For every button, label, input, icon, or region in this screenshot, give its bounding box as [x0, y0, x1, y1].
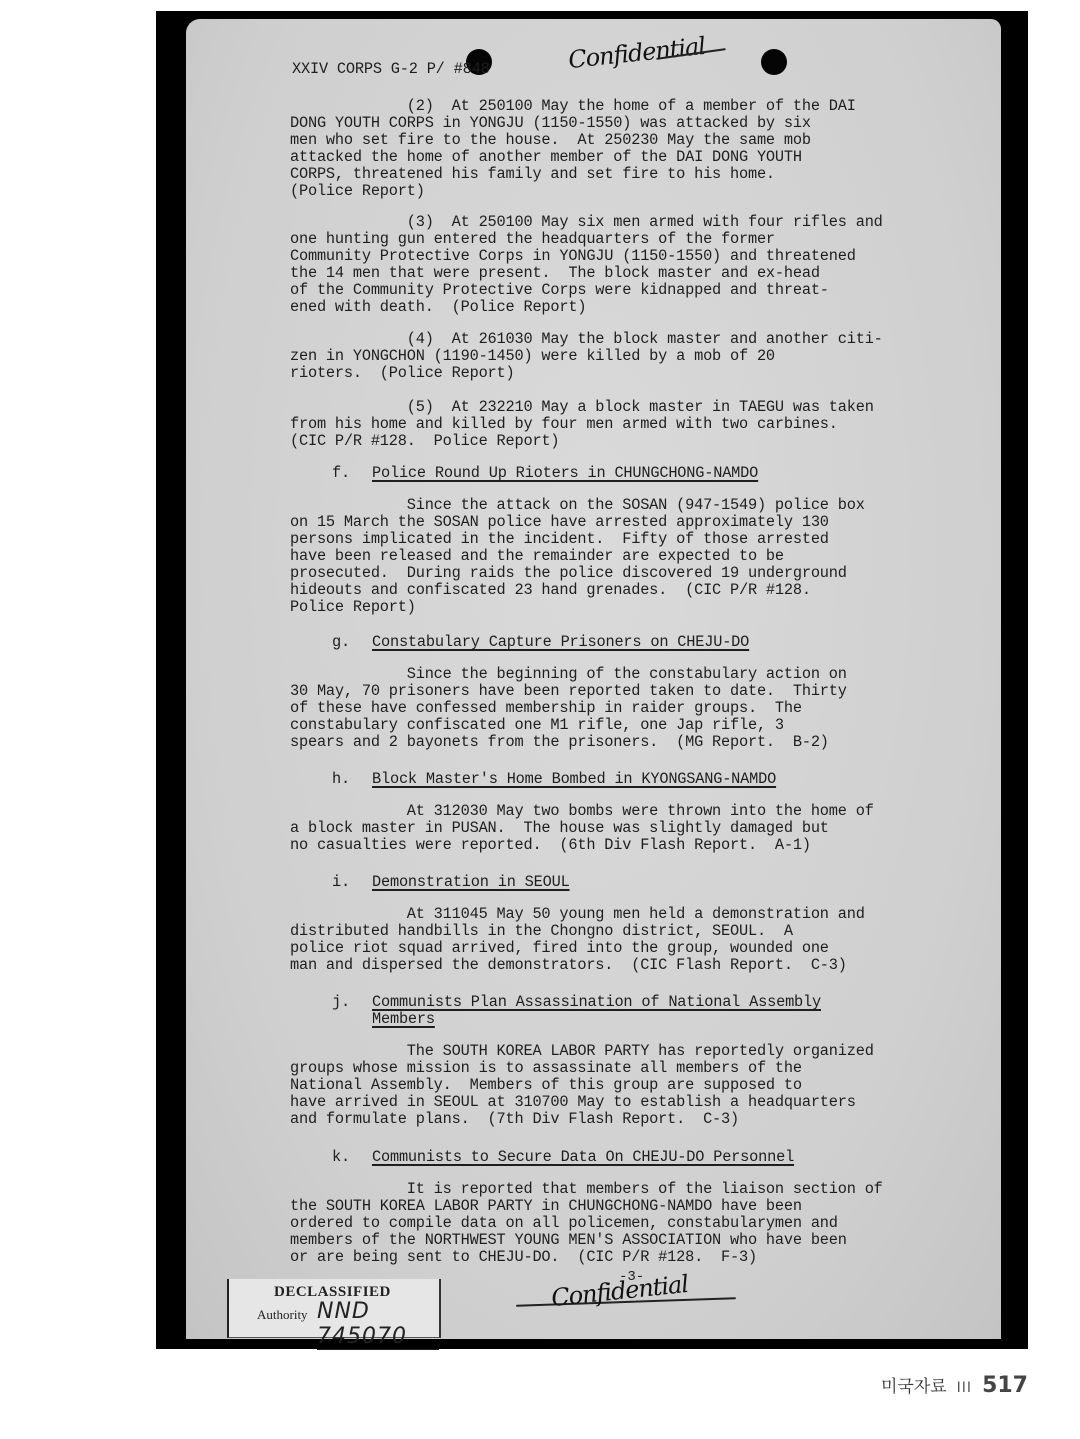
section-j: j.Communists Plan Assassination of Natio… [290, 994, 874, 1128]
footer-separator: III [957, 1380, 972, 1396]
item-5: (5) At 232210 May a block master in TAEG… [290, 399, 874, 450]
section-heading: j.Communists Plan Assassination of Natio… [332, 994, 874, 1011]
paragraph-line: police riot squad arrived, fired into th… [290, 940, 865, 957]
paragraph-line: 30 May, 70 prisoners have been reported … [290, 683, 847, 700]
punch-hole [761, 49, 787, 75]
section-title: Police Round Up Rioters in CHUNGCHONG-NA… [372, 464, 758, 482]
paragraph-line: National Assembly. Members of this group… [290, 1077, 874, 1094]
paragraph-line: constabulary confiscated one M1 rifle, o… [290, 717, 847, 734]
paragraph-line: Community Protective Corps in YONGJU (11… [290, 248, 883, 265]
paragraph-line: of the Community Protective Corps were k… [290, 282, 883, 299]
paragraph-line: distributed handbills in the Chongno dis… [290, 923, 865, 940]
item-3: (3) At 250100 May six men armed with fou… [290, 214, 883, 316]
paragraph-line: members of the NORTHWEST YOUNG MEN'S ASS… [290, 1232, 883, 1249]
section-title: Constabulary Capture Prisoners on CHEJU-… [372, 633, 749, 651]
paragraph-line: Police Report) [290, 599, 865, 616]
paragraph-line: no casualties were reported. (6th Div Fl… [290, 837, 874, 854]
section-letter: j. [332, 994, 372, 1011]
paragraph-line: (2) At 250100 May the home of a member o… [290, 98, 856, 115]
paragraph-line: attacked the home of another member of t… [290, 149, 856, 166]
paragraph-line: have been released and the remainder are… [290, 548, 865, 565]
paragraph-line: (3) At 250100 May six men armed with fou… [290, 214, 883, 231]
section-heading: i.Demonstration in SEOUL [332, 874, 865, 891]
paragraph-line: hideouts and confiscated 23 hand grenade… [290, 582, 865, 599]
section-heading: g.Constabulary Capture Prisoners on CHEJ… [332, 634, 847, 651]
paragraph-line: spears and 2 bayonets from the prisoners… [290, 734, 847, 751]
section-f: f.Police Round Up Rioters in CHUNGCHONG-… [290, 465, 865, 616]
item-4: (4) At 261030 May the block master and a… [290, 331, 883, 382]
document-paper: Confidential XXIV CORPS G-2 P/ #848 (2) … [186, 19, 1001, 1339]
footer-label: 미국자료 [881, 1372, 947, 1397]
paragraph-line: It is reported that members of the liais… [290, 1181, 883, 1198]
paragraph-line: one hunting gun entered the headquarters… [290, 231, 883, 248]
paragraph-line: Since the beginning of the constabulary … [290, 666, 847, 683]
section-letter: f. [332, 465, 372, 482]
declassified-stamp: DECLASSIFIED Authority NND 745070 [227, 1279, 441, 1338]
paragraph-line: rioters. (Police Report) [290, 365, 883, 382]
paragraph-line: Since the attack on the SOSAN (947-1549)… [290, 497, 865, 514]
section-title: Communists Plan Assassination of Nationa… [372, 993, 821, 1011]
section-heading: k.Communists to Secure Data On CHEJU-DO … [332, 1149, 883, 1166]
paragraph-line: ordered to compile data on all policemen… [290, 1215, 883, 1232]
paragraph-line: The SOUTH KOREA LABOR PARTY has reported… [290, 1043, 874, 1060]
section-heading: h.Block Master's Home Bombed in KYONGSAN… [332, 771, 874, 788]
paragraph-line: a block master in PUSAN. The house was s… [290, 820, 874, 837]
paragraph-line: on 15 March the SOSAN police have arrest… [290, 514, 865, 531]
paragraph-line: men who set fire to the house. At 250230… [290, 132, 856, 149]
section-letter: i. [332, 874, 372, 891]
paragraph-line: zen in YONGCHON (1190-1450) were killed … [290, 348, 883, 365]
paragraph-line: the SOUTH KOREA LABOR PARTY in CHUNGCHON… [290, 1198, 883, 1215]
paragraph-line: ened with death. (Police Report) [290, 299, 883, 316]
paragraph-line: CORPS, threatened his family and set fir… [290, 166, 856, 183]
paragraph-line: (5) At 232210 May a block master in TAEG… [290, 399, 874, 416]
item-2: (2) At 250100 May the home of a member o… [290, 98, 856, 200]
section-letter: k. [332, 1149, 372, 1166]
footer-page-number: 517 [982, 1373, 1028, 1398]
page-footer: 미국자료 III 517 [881, 1372, 1028, 1398]
confidential-mark-bottom: Confidential [550, 1270, 689, 1312]
section-h: h.Block Master's Home Bombed in KYONGSAN… [290, 771, 874, 854]
section-letter: h. [332, 771, 372, 788]
paragraph-line: (Police Report) [290, 183, 856, 200]
paragraph-line: prosecuted. During raids the police disc… [290, 565, 865, 582]
section-i: i.Demonstration in SEOUL At 311045 May 5… [290, 874, 865, 974]
paragraph-line: (4) At 261030 May the block master and a… [290, 331, 883, 348]
paragraph-line: At 311045 May 50 young men held a demons… [290, 906, 865, 923]
paragraph-line: from his home and killed by four men arm… [290, 416, 874, 433]
section-title: Block Master's Home Bombed in KYONGSANG-… [372, 770, 776, 788]
stamp-authority-value: NND 745070 [317, 1299, 439, 1350]
section-title: Communists to Secure Data On CHEJU-DO Pe… [372, 1148, 794, 1166]
paragraph-line: the 14 men that were present. The block … [290, 265, 883, 282]
paragraph-line: of these have confessed membership in ra… [290, 700, 847, 717]
section-g: g.Constabulary Capture Prisoners on CHEJ… [290, 634, 847, 751]
paragraph-line: (CIC P/R #128. Police Report) [290, 433, 874, 450]
section-heading: f.Police Round Up Rioters in CHUNGCHONG-… [332, 465, 865, 482]
paragraph-line: man and dispersed the demonstrators. (CI… [290, 957, 865, 974]
paragraph-line: have arrived in SEOUL at 310700 May to e… [290, 1094, 874, 1111]
section-title-continued: Members [372, 1011, 874, 1028]
section-letter: g. [332, 634, 372, 651]
paragraph-line: At 312030 May two bombs were thrown into… [290, 803, 874, 820]
paragraph-line: groups whose mission is to assassinate a… [290, 1060, 874, 1077]
paragraph-line: or are being sent to CHEJU-DO. (CIC P/R … [290, 1249, 883, 1266]
document-header: XXIV CORPS G-2 P/ #848 [292, 61, 490, 78]
stamp-authority-label: Authority [257, 1307, 308, 1323]
section-title: Demonstration in SEOUL [372, 873, 570, 891]
paragraph-line: and formulate plans. (7th Div Flash Repo… [290, 1111, 874, 1128]
paragraph-line: persons implicated in the incident. Fift… [290, 531, 865, 548]
section-k: k.Communists to Secure Data On CHEJU-DO … [290, 1149, 883, 1266]
paragraph-line: DONG YOUTH CORPS in YONGJU (1150-1550) w… [290, 115, 856, 132]
scanned-page-frame: Confidential XXIV CORPS G-2 P/ #848 (2) … [156, 11, 1028, 1349]
